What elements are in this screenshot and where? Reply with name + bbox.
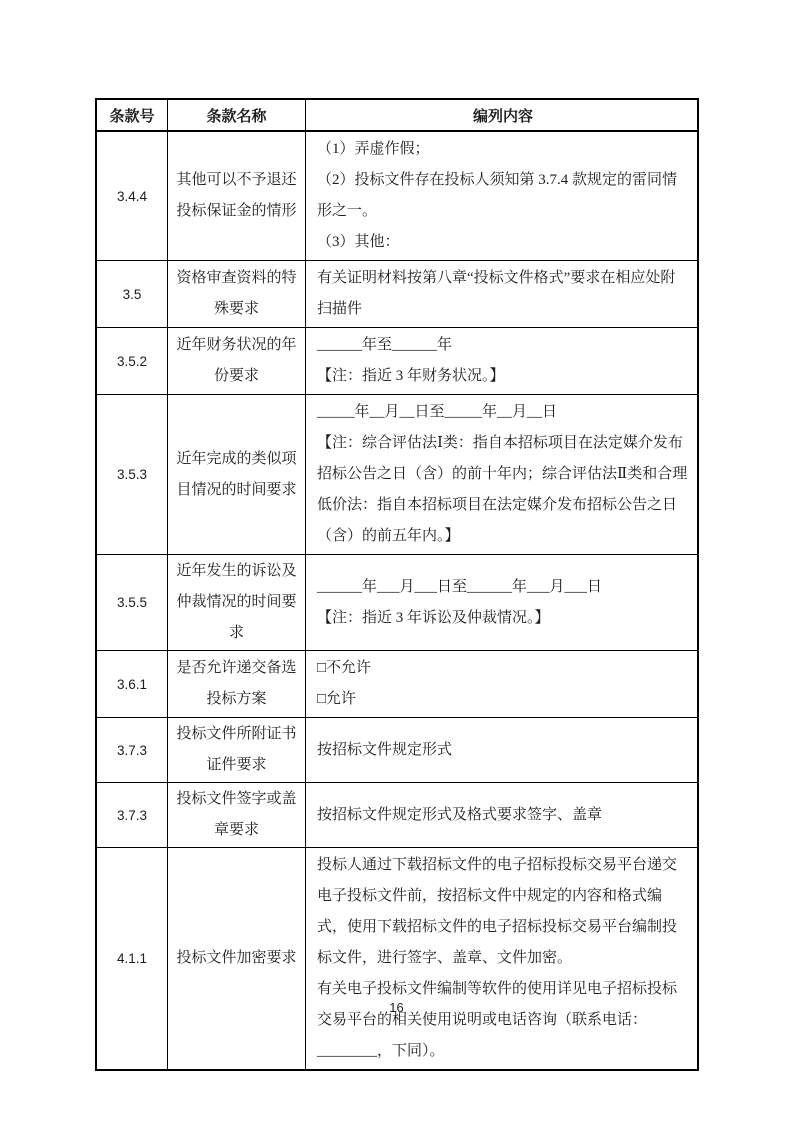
content-line: 【注：指近 3 年财务状况。】 [317, 361, 689, 392]
content-line: _____年__月__日至_____年__月__日 [317, 397, 689, 428]
clause-name-cell: 投标文件签字或盖章要求 [168, 783, 306, 847]
clause-name-text: 投标文件签字或盖章要求 [174, 784, 299, 846]
content-cell: ______年___月___日至______年___月___日【注：指近 3 年… [306, 555, 697, 650]
content-line: 按招标文件规定形式及格式要求签字、盖章 [317, 800, 689, 831]
clause-number-cell: 3.4.4 [97, 132, 168, 260]
clause-number-cell: 3.5.5 [97, 555, 168, 650]
header-clause-number-label: 条款号 [109, 105, 154, 126]
clauses-table: 条款号 条款名称 编列内容 3.4.4 其他可以不予退还投标保证金的情形 （1）… [95, 98, 699, 1071]
content-line: （3）其他： [317, 227, 689, 258]
table-header-row: 条款号 条款名称 编列内容 [97, 100, 697, 132]
content-line: 有关电子投标文件编制等软件的使用详见电子招标投标交易平台的相关使用说明或电话咨询… [317, 974, 689, 1067]
clause-name-text: 近年完成的类似项目情况的时间要求 [174, 444, 299, 506]
table-row: 3.7.3 投标文件签字或盖章要求 按招标文件规定形式及格式要求签字、盖章 [97, 783, 697, 848]
content-line: 【注：综合评估法Ⅰ类：指自本招标项目在法定媒介发布招标公告之日（含）的前十年内；… [317, 428, 689, 552]
clause-name-text: 投标文件所附证书证件要求 [174, 719, 299, 781]
clause-number-cell: 3.5.3 [97, 395, 168, 554]
table-row: 3.6.1 是否允许递交备选投标方案 □不允许□允许 [97, 651, 697, 718]
clause-number-cell: 3.7.3 [97, 783, 168, 847]
content-cell: 按招标文件规定形式 [306, 718, 697, 782]
clause-number-cell: 3.5.2 [97, 328, 168, 394]
clause-name-text: 近年发生的诉讼及仲裁情况的时间要求 [174, 556, 299, 649]
clause-name-text: 近年财务状况的年份要求 [174, 330, 299, 392]
header-clause-number: 条款号 [97, 100, 168, 130]
content-line: □不允许 [317, 653, 689, 684]
page-number: 16 [0, 1000, 793, 1015]
content-line: （1）弄虚作假； [317, 134, 689, 165]
table-body: 3.4.4 其他可以不予退还投标保证金的情形 （1）弄虚作假；（2）投标文件存在… [97, 132, 697, 1069]
content-line: ______年___月___日至______年___月___日 [317, 572, 689, 603]
clause-name-cell: 近年发生的诉讼及仲裁情况的时间要求 [168, 555, 306, 650]
content-cell: □不允许□允许 [306, 651, 697, 717]
header-clause-name: 条款名称 [168, 100, 306, 130]
clause-number-cell: 3.7.3 [97, 718, 168, 782]
table-row: 3.4.4 其他可以不予退还投标保证金的情形 （1）弄虚作假；（2）投标文件存在… [97, 132, 697, 261]
table-row: 3.5.5 近年发生的诉讼及仲裁情况的时间要求 ______年___月___日至… [97, 555, 697, 651]
content-line: 有关证明材料按第八章“投标文件格式”要求在相应处附扫描件 [317, 263, 689, 325]
clause-number-cell: 3.5 [97, 261, 168, 327]
clause-name-cell: 其他可以不予退还投标保证金的情形 [168, 132, 306, 260]
clause-name-cell: 近年完成的类似项目情况的时间要求 [168, 395, 306, 554]
clause-name-cell: 近年财务状况的年份要求 [168, 328, 306, 394]
clause-number-cell: 3.6.1 [97, 651, 168, 717]
content-line: 按招标文件规定形式 [317, 735, 689, 766]
table-row: 4.1.1 投标文件加密要求 投标人通过下载招标文件的电子招标投标交易平台递交电… [97, 848, 697, 1069]
clause-name-text: 资格审查资料的特殊要求 [174, 263, 299, 325]
table-row: 3.5 资格审查资料的特殊要求 有关证明材料按第八章“投标文件格式”要求在相应处… [97, 261, 697, 328]
header-content-label: 编列内容 [473, 105, 533, 126]
content-line: ______年至______年 [317, 330, 689, 361]
table-row: 3.7.3 投标文件所附证书证件要求 按招标文件规定形式 [97, 718, 697, 783]
content-cell: 有关证明材料按第八章“投标文件格式”要求在相应处附扫描件 [306, 261, 697, 327]
clause-name-cell: 是否允许递交备选投标方案 [168, 651, 306, 717]
header-clause-name-label: 条款名称 [206, 105, 266, 126]
clause-number-cell: 4.1.1 [97, 848, 168, 1069]
header-content: 编列内容 [306, 100, 697, 130]
content-line: □允许 [317, 684, 689, 715]
clause-name-cell: 投标文件加密要求 [168, 848, 306, 1069]
clause-name-cell: 资格审查资料的特殊要求 [168, 261, 306, 327]
content-line: （2）投标文件存在投标人须知第 3.7.4 款规定的雷同情形之一。 [317, 165, 689, 227]
clause-name-text: 投标文件加密要求 [176, 943, 296, 974]
content-line: 投标人通过下载招标文件的电子招标投标交易平台递交电子投标文件前，按招标文件中规定… [317, 850, 689, 974]
content-cell: ______年至______年【注：指近 3 年财务状况。】 [306, 328, 697, 394]
content-cell: _____年__月__日至_____年__月__日【注：综合评估法Ⅰ类：指自本招… [306, 395, 697, 554]
content-cell: （1）弄虚作假；（2）投标文件存在投标人须知第 3.7.4 款规定的雷同情形之一… [306, 132, 697, 260]
clause-name-text: 其他可以不予退还投标保证金的情形 [174, 165, 299, 227]
content-cell: 按招标文件规定形式及格式要求签字、盖章 [306, 783, 697, 847]
content-line: 【注：指近 3 年诉讼及仲裁情况。】 [317, 603, 689, 634]
document-page: 条款号 条款名称 编列内容 3.4.4 其他可以不予退还投标保证金的情形 （1）… [0, 0, 793, 1122]
table-row: 3.5.3 近年完成的类似项目情况的时间要求 _____年__月__日至____… [97, 395, 697, 555]
clause-name-text: 是否允许递交备选投标方案 [174, 653, 299, 715]
content-cell: 投标人通过下载招标文件的电子招标投标交易平台递交电子投标文件前，按招标文件中规定… [306, 848, 697, 1069]
table-row: 3.5.2 近年财务状况的年份要求 ______年至______年【注：指近 3… [97, 328, 697, 395]
clause-name-cell: 投标文件所附证书证件要求 [168, 718, 306, 782]
